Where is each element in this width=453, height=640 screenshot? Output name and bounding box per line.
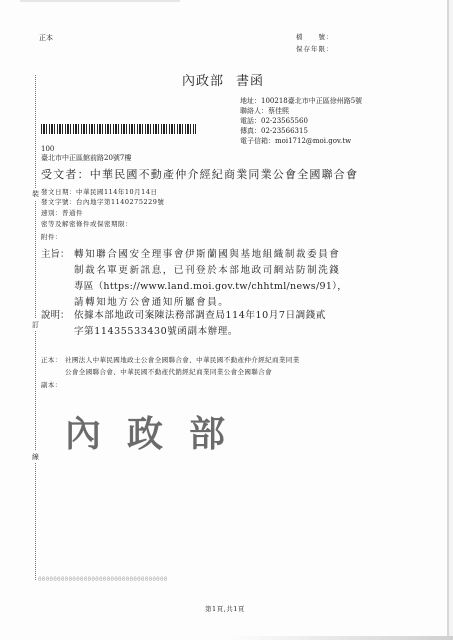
description-label: 說明： bbox=[41, 307, 70, 321]
retention-label: 保存年限： bbox=[296, 44, 334, 53]
contact-phone: 電話：02-23565560 bbox=[240, 116, 308, 126]
agency-seal-stamp: 內政部 bbox=[65, 406, 251, 457]
contact-person: 聯絡人：蔡佳熙 bbox=[240, 106, 289, 116]
delivery-speed: 速別：普通件 bbox=[41, 208, 83, 217]
footer-code: 0000000000000000000000000000000000 bbox=[38, 576, 168, 583]
contact-email: 電子信箱：moi1712@moi.gov.tw bbox=[240, 136, 351, 146]
contact-address: 地址：100218臺北市中正區徐州路5號 bbox=[240, 96, 362, 106]
cc-label: 副本： bbox=[41, 380, 62, 389]
agency-name: 內政部 bbox=[182, 74, 224, 89]
binding-mark: 線 bbox=[32, 451, 39, 463]
recipient-address: 臺北市中正區館前路20號7樓 bbox=[41, 153, 131, 163]
description-line: 依據本部地政司案陳法務部調查局114年10月7日調錢貳 bbox=[74, 307, 326, 321]
document-type: 書函 bbox=[236, 74, 264, 89]
file-number-label: 檔 號： bbox=[296, 32, 334, 41]
subject-label: 主旨： bbox=[41, 246, 70, 260]
scan-edge bbox=[20, 0, 180, 2]
binding-mark: 裝 bbox=[32, 188, 39, 200]
binding-mark: 訂 bbox=[32, 319, 39, 331]
scan-shadow bbox=[230, 636, 453, 640]
issue-date: 發文日期：中華民國114年10月14日 bbox=[41, 187, 157, 196]
document-number: 發文字號：台內地字第1140275229號 bbox=[41, 197, 164, 206]
description-line: 字第11435533430號函副本辦理。 bbox=[74, 323, 238, 337]
main-recipients-label: 正本： bbox=[41, 355, 62, 364]
page-number: 第1頁,共1頁 bbox=[205, 604, 245, 613]
recipient: 受文者：中華民國不動產仲介經紀商業同業公會全國聯合會 bbox=[41, 166, 358, 182]
recipient-zip: 100 bbox=[41, 145, 54, 153]
security-level: 密等及解密條件或保密期限： bbox=[41, 219, 132, 228]
document-title: 內政部書函 bbox=[182, 70, 264, 89]
main-recipients-line: 社團法人中華民國地政士公會全國聯合會、中華民國不動產仲介經紀商業同業 bbox=[65, 355, 300, 364]
barcode bbox=[41, 124, 196, 134]
subject-line: 請轉知地方公會通知所屬會員。 bbox=[74, 294, 229, 308]
subject-line: 轉知聯合國安全理事會伊斯蘭國與基地組織制裁委員會 bbox=[74, 246, 340, 260]
subject-line-url: 專區（https://www.land.moi.gov.tw/chhtml/ne… bbox=[74, 278, 347, 292]
copy-type-label: 正本 bbox=[39, 33, 53, 43]
main-recipients-line: 公會全國聯合會、中華民國不動產代銷經紀商業同業公會全國聯合會 bbox=[65, 367, 272, 376]
subject-line: 制裁名單更新訊息，已刊登於本部地政司網站防制洗錢 bbox=[74, 262, 340, 276]
document-page: 正本 檔 號： 保存年限： 內政部書函 地址：100218臺北市中正區徐州路5號… bbox=[0, 0, 449, 640]
contact-fax: 傳真：02-23566315 bbox=[240, 126, 308, 136]
attachment-label: 附件： bbox=[41, 232, 62, 241]
